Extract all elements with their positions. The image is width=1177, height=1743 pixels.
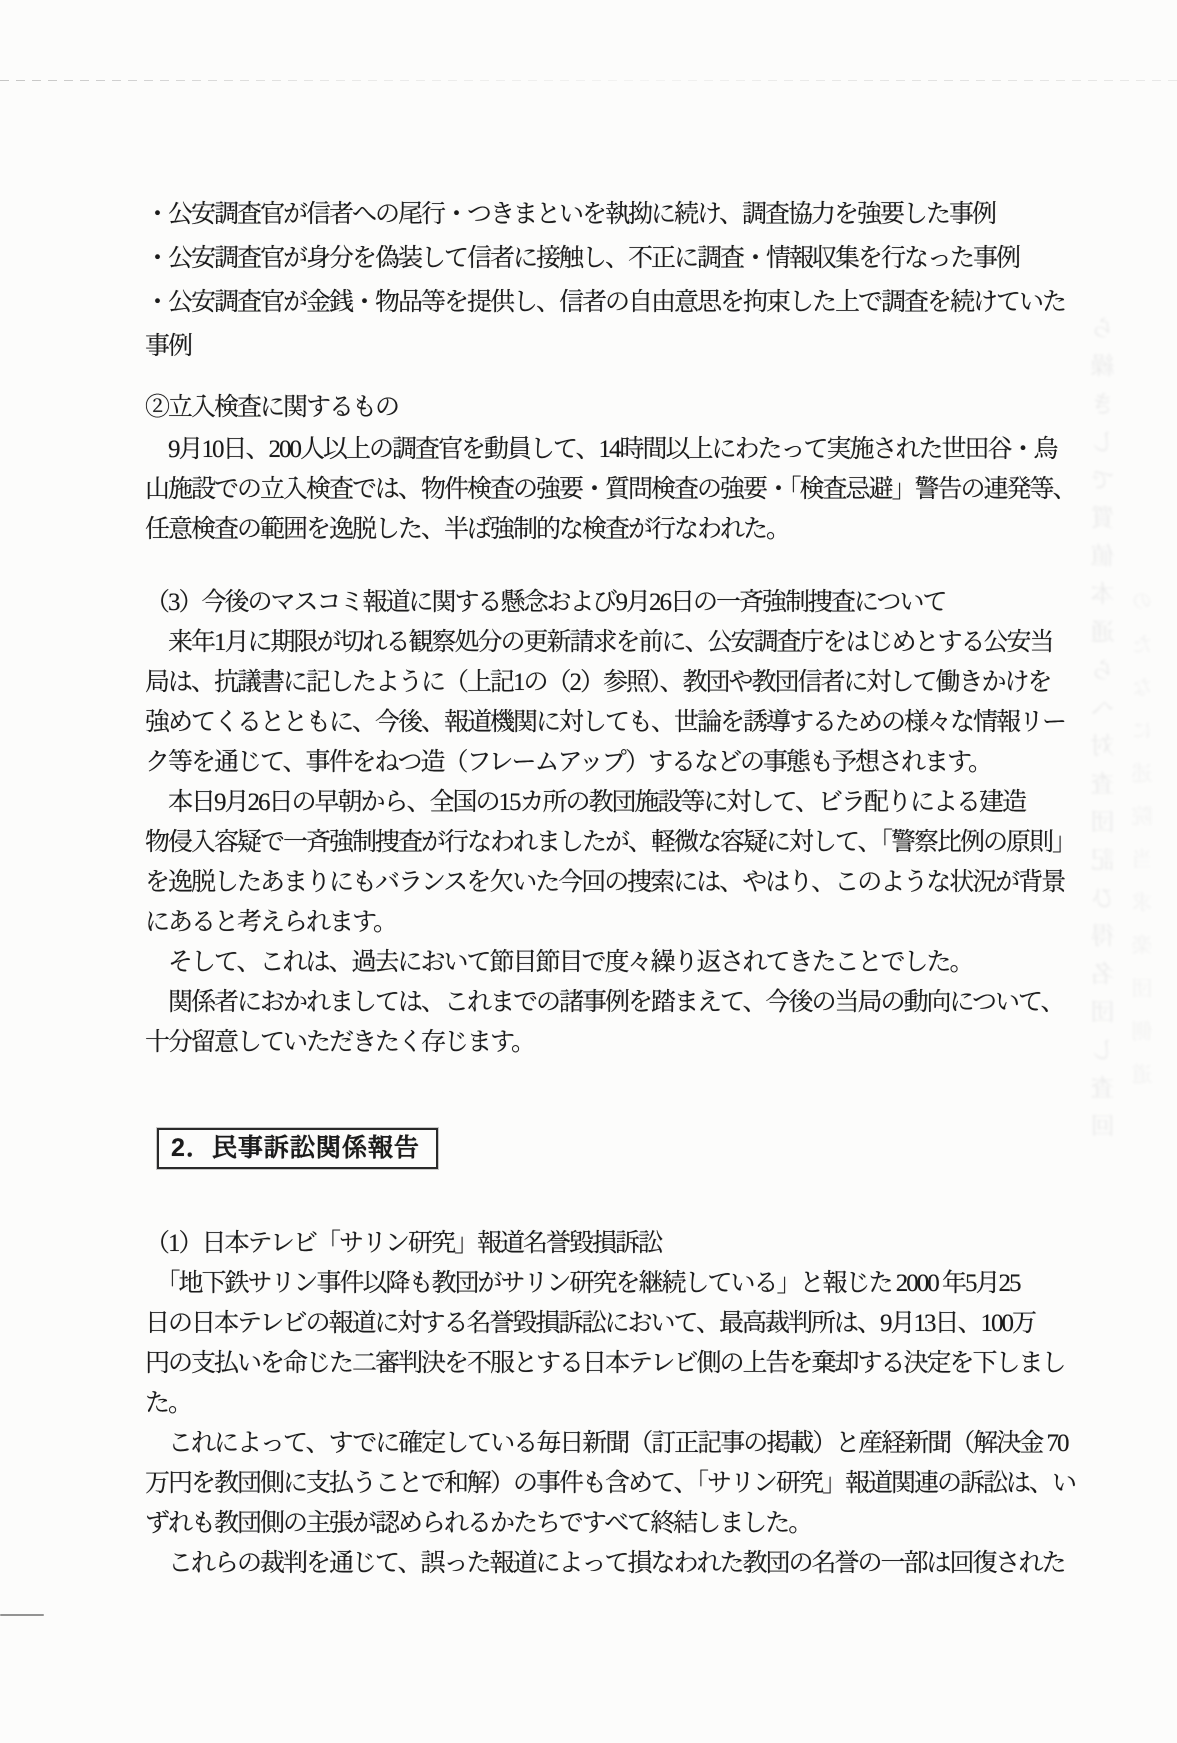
subsection-heading: （1）日本テレビ「サリン研究」報道名誉毀損訴訟 bbox=[145, 1224, 1085, 1264]
paragraph-line: そして、これは、過去において節目節目で度々繰り返されてきたことでした。 bbox=[145, 943, 1085, 983]
subsection-heading: （3）今後のマスコミ報道に関する懸念および9月26日の一斉強制捜査について bbox=[145, 583, 1085, 623]
subsection-heading: ②立入検査に関するもの bbox=[145, 388, 1085, 428]
paragraph-line: 日の日本テレビの報道に対する名誉毀損訴訟において、最高裁判所は、9月13日、10… bbox=[145, 1304, 1085, 1344]
paragraph-line: 9月10日、200人以上の調査官を動員して、14時間以上にわたって実施された世田… bbox=[145, 430, 1085, 470]
document-body: ・公安調査官が信者への尾行・つきまといを執拗に続け、調査協力を強要した事例 ・公… bbox=[145, 0, 1085, 1584]
paragraph-line: にあると考えられます。 bbox=[145, 903, 1085, 943]
paragraph-line: これらの裁判を通じて、誤った報道によって損なわれた教団の名誉の一部は回復された bbox=[145, 1544, 1085, 1584]
bullet-example-line: ・公安調査官が身分を偽装して信者に接触し、不正に調査・情報収集を行なった事例 bbox=[145, 237, 1085, 281]
paragraph-line: た。 bbox=[145, 1384, 1085, 1424]
bullet-example-line: ・公安調査官が信者への尾行・つきまといを執拗に続け、調査協力を強要した事例 bbox=[145, 193, 1085, 237]
paragraph-line: 本日9月26日の早朝から、全国の15カ所の教団施設等に対して、ビラ配りによる建造 bbox=[145, 783, 1085, 823]
paragraph-line: 円の支払いを命じた二審判決を不服とする日本テレビ側の上告を棄却する決定を下しまし bbox=[145, 1344, 1085, 1384]
paragraph-line: 来年1月に期限が切れる観察処分の更新請求を前に、公安調査庁をはじめとする公安当 bbox=[145, 623, 1085, 663]
chapter-heading-row: 2．民事訴訟関係報告 bbox=[145, 1128, 1085, 1169]
paragraph-line: これによって、すでに確定している毎日新聞（訂正記事の掲載）と産経新聞（解決金 7… bbox=[145, 1424, 1085, 1464]
bullet-example-line-continuation: 事例 bbox=[145, 325, 1085, 369]
bullet-example-line: ・公安調査官が金銭・物品等を提供し、信者の自由意思を拘束した上で調査を続けていた bbox=[145, 281, 1085, 325]
paragraph-line: 任意検査の範囲を逸脱した、半ば強制的な検査が行なわれた。 bbox=[145, 510, 1085, 550]
paragraph-line: ずれも教団側の主張が認められるかたちですべて終結しました。 bbox=[145, 1504, 1085, 1544]
paragraph-line: 関係者におかれましては、これまでの諸事例を踏まえて、今後の当局の動向について、 bbox=[145, 983, 1085, 1023]
paragraph-line: を逸脱したあまりにもバランスを欠いた今回の捜索には、やはり、このような状況が背景 bbox=[145, 863, 1085, 903]
paragraph-line: 物侵入容疑で一斉強制捜査が行なわれましたが、軽微な容疑に対して、「警察比例の原則… bbox=[145, 823, 1085, 863]
paragraph-line: 山施設での立入検査では、物件検査の強要・質問検査の強要・「検査忌避」警告の連発等… bbox=[145, 470, 1085, 510]
chapter-heading-box: 2．民事訴訟関係報告 bbox=[157, 1128, 438, 1169]
ink-bleedthrough-column: ら繰きしで質値本通らへ対査団記ひ得名団し査回 bbox=[1088, 315, 1123, 1615]
paragraph-line: 強めてくるとともに、今後、報道機関に対しても、世論を誘導するための様々な情報リー bbox=[145, 703, 1085, 743]
paragraph-line: 十分留意していただきたく存じます。 bbox=[145, 1023, 1085, 1063]
paragraph-line: 局は、抗議書に記したように（上記1の（2）参照）、教団や教団信者に対して働きかけ… bbox=[145, 663, 1085, 703]
paragraph-line: ク等を通じて、事件をねつ造（フレームアップ）するなどの事態も予想されます。 bbox=[145, 743, 1085, 783]
paragraph-line: 「地下鉄サリン事件以降も教団がサリン研究を継続している」と報じた 2000 年5… bbox=[145, 1264, 1085, 1304]
scanned-document-page: ら繰きしで質値本通らへ対査団記ひ得名団し査回 のたなに述院当求楽団側道 ・公安調… bbox=[0, 0, 1177, 1743]
ink-bleedthrough-column: のたなに述院当求楽団側道 bbox=[1128, 590, 1158, 1490]
paragraph-line: 万円を教団側に支払うことで和解）の事件も含めて、「サリン研究」報道関連の訴訟は、… bbox=[145, 1464, 1085, 1504]
scan-edge-mark bbox=[0, 1614, 44, 1616]
